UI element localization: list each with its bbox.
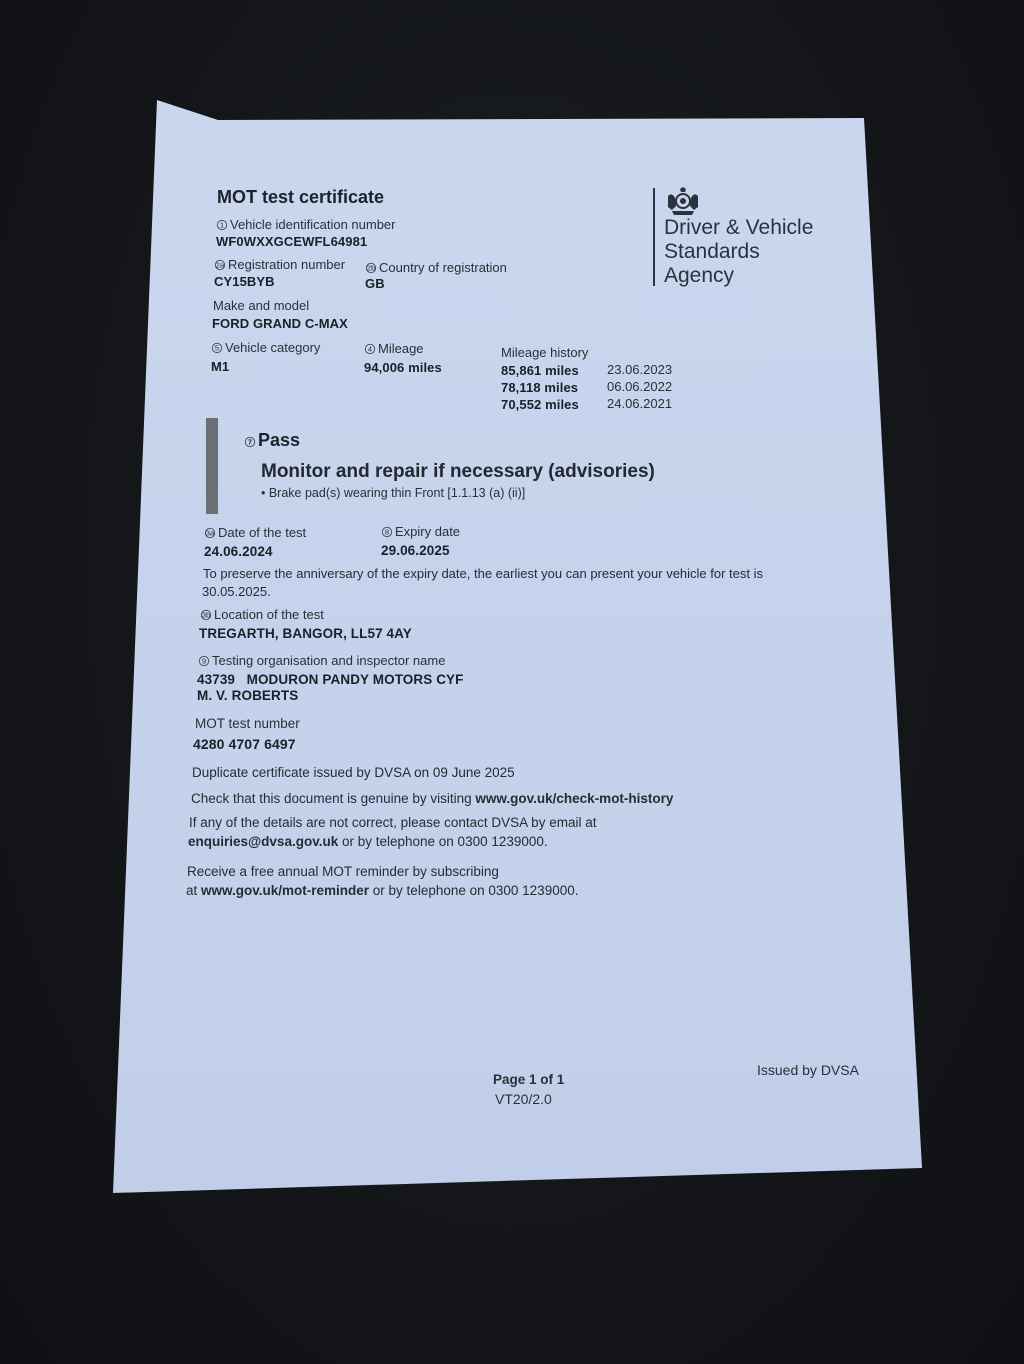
vin-label-text: Vehicle identification number <box>230 217 396 232</box>
check-mot-history-link[interactable]: www.gov.uk/check-mot-history <box>475 791 673 806</box>
organisation-label-text: Testing organisation and inspector name <box>212 653 445 668</box>
organisation-line1: 43739 MODURON PANDY MOTORS CYF <box>197 672 464 687</box>
expiry-date-label: 8Expiry date <box>381 524 460 539</box>
test-date-label: 3aDate of the test <box>204 525 306 540</box>
location-label: 3bLocation of the test <box>200 607 324 622</box>
dvsa-logo-text: Driver & Vehicle Standards Agency <box>664 216 813 288</box>
page-indicator: Page 1 of 1 <box>493 1072 564 1087</box>
category-label-text: Vehicle category <box>225 340 320 355</box>
royal-crest-icon <box>664 186 702 216</box>
field-number-icon: 2b <box>366 263 376 273</box>
location-label-text: Location of the test <box>214 607 324 622</box>
field-number-icon: 9 <box>199 656 209 666</box>
registration-label-text: Registration number <box>228 257 345 272</box>
reminder-prefix: at <box>186 883 201 898</box>
registration-value: CY15BYB <box>214 274 275 289</box>
field-number-icon: 3a <box>205 528 215 538</box>
anniversary-note-line2: 30.05.2025. <box>202 584 271 599</box>
location-value: TREGARTH, BANGOR, LL57 4AY <box>199 626 412 641</box>
mileage-value: 94,006 miles <box>364 360 442 375</box>
advisory-item: • Brake pad(s) wearing thin Front [1.1.1… <box>261 486 525 500</box>
category-value: M1 <box>211 359 229 374</box>
mileage-history-miles-1: 85,861 miles <box>501 363 579 378</box>
field-number-icon: 3b <box>201 610 211 620</box>
contact-phone-text: or by telephone on 0300 1239000. <box>338 834 547 849</box>
mileage-label: 4Mileage <box>364 341 424 356</box>
reminder-phone-text: or by telephone on 0300 1239000. <box>369 883 578 898</box>
vin-value: WF0WXXGCEWFL64981 <box>216 234 367 249</box>
mot-reminder-link[interactable]: www.gov.uk/mot-reminder <box>201 883 369 898</box>
field-number-icon: 5 <box>212 343 222 353</box>
field-number-icon: 7 <box>245 437 255 447</box>
expiry-date-value: 29.06.2025 <box>381 543 450 558</box>
dvsa-email-link[interactable]: enquiries@dvsa.gov.uk <box>188 834 338 849</box>
contact-note-line2: enquiries@dvsa.gov.uk or by telephone on… <box>188 834 548 849</box>
test-number-value: 4280 4707 6497 <box>193 736 296 752</box>
category-label: 5Vehicle category <box>211 340 320 355</box>
registration-label: 2aRegistration number <box>214 257 345 272</box>
country-label-text: Country of registration <box>379 260 507 275</box>
genuine-note: Check that this document is genuine by v… <box>191 791 673 806</box>
organisation-label: 9Testing organisation and inspector name <box>198 653 445 668</box>
country-value: GB <box>365 276 385 291</box>
vin-label: 1Vehicle identification number <box>216 217 396 232</box>
anniversary-note-line1: To preserve the anniversary of the expir… <box>203 566 763 581</box>
logo-line-1: Driver & Vehicle <box>664 216 813 240</box>
inspector-name: M. V. ROBERTS <box>197 688 298 703</box>
result-status-text: Pass <box>258 430 300 450</box>
logo-divider <box>653 188 655 286</box>
advisory-heading: Monitor and repair if necessary (advisor… <box>261 461 655 483</box>
mileage-history-miles-2: 78,118 miles <box>501 380 578 395</box>
test-date-label-text: Date of the test <box>218 525 306 540</box>
reminder-note-line1: Receive a free annual MOT reminder by su… <box>187 864 499 879</box>
field-number-icon: 8 <box>382 527 392 537</box>
duplicate-note: Duplicate certificate issued by DVSA on … <box>192 765 515 780</box>
field-number-icon: 2a <box>215 260 225 270</box>
test-number-label: MOT test number <box>195 716 300 731</box>
mileage-history-label: Mileage history <box>501 345 588 360</box>
mileage-label-text: Mileage <box>378 341 424 356</box>
country-label: 2bCountry of registration <box>365 260 507 275</box>
mileage-history-miles-3: 70,552 miles <box>501 397 579 412</box>
field-number-icon: 4 <box>365 344 375 354</box>
logo-line-2: Standards <box>664 240 813 264</box>
issued-by: Issued by DVSA <box>757 1062 859 1078</box>
make-model-label: Make and model <box>213 298 309 313</box>
mileage-history-date-2: 06.06.2022 <box>607 379 672 394</box>
field-number-icon: 1 <box>217 220 227 230</box>
result-status: 7Pass <box>244 430 300 451</box>
mileage-history-date-1: 23.06.2023 <box>607 362 672 377</box>
test-date-value: 24.06.2024 <box>204 544 273 559</box>
reminder-note-line2: at www.gov.uk/mot-reminder or by telepho… <box>186 883 578 898</box>
genuine-note-text: Check that this document is genuine by v… <box>191 791 475 806</box>
mileage-history-date-3: 24.06.2021 <box>607 396 672 411</box>
logo-line-3: Agency <box>664 264 813 288</box>
mot-certificate: MOT test certificate Driver & Vehicle St… <box>0 0 1024 1364</box>
document-title: MOT test certificate <box>217 187 384 208</box>
result-status-bar <box>206 418 218 514</box>
form-code: VT20/2.0 <box>495 1091 552 1107</box>
expiry-date-label-text: Expiry date <box>395 524 460 539</box>
contact-note-line1: If any of the details are not correct, p… <box>189 815 596 830</box>
make-model-value: FORD GRAND C-MAX <box>212 316 348 331</box>
